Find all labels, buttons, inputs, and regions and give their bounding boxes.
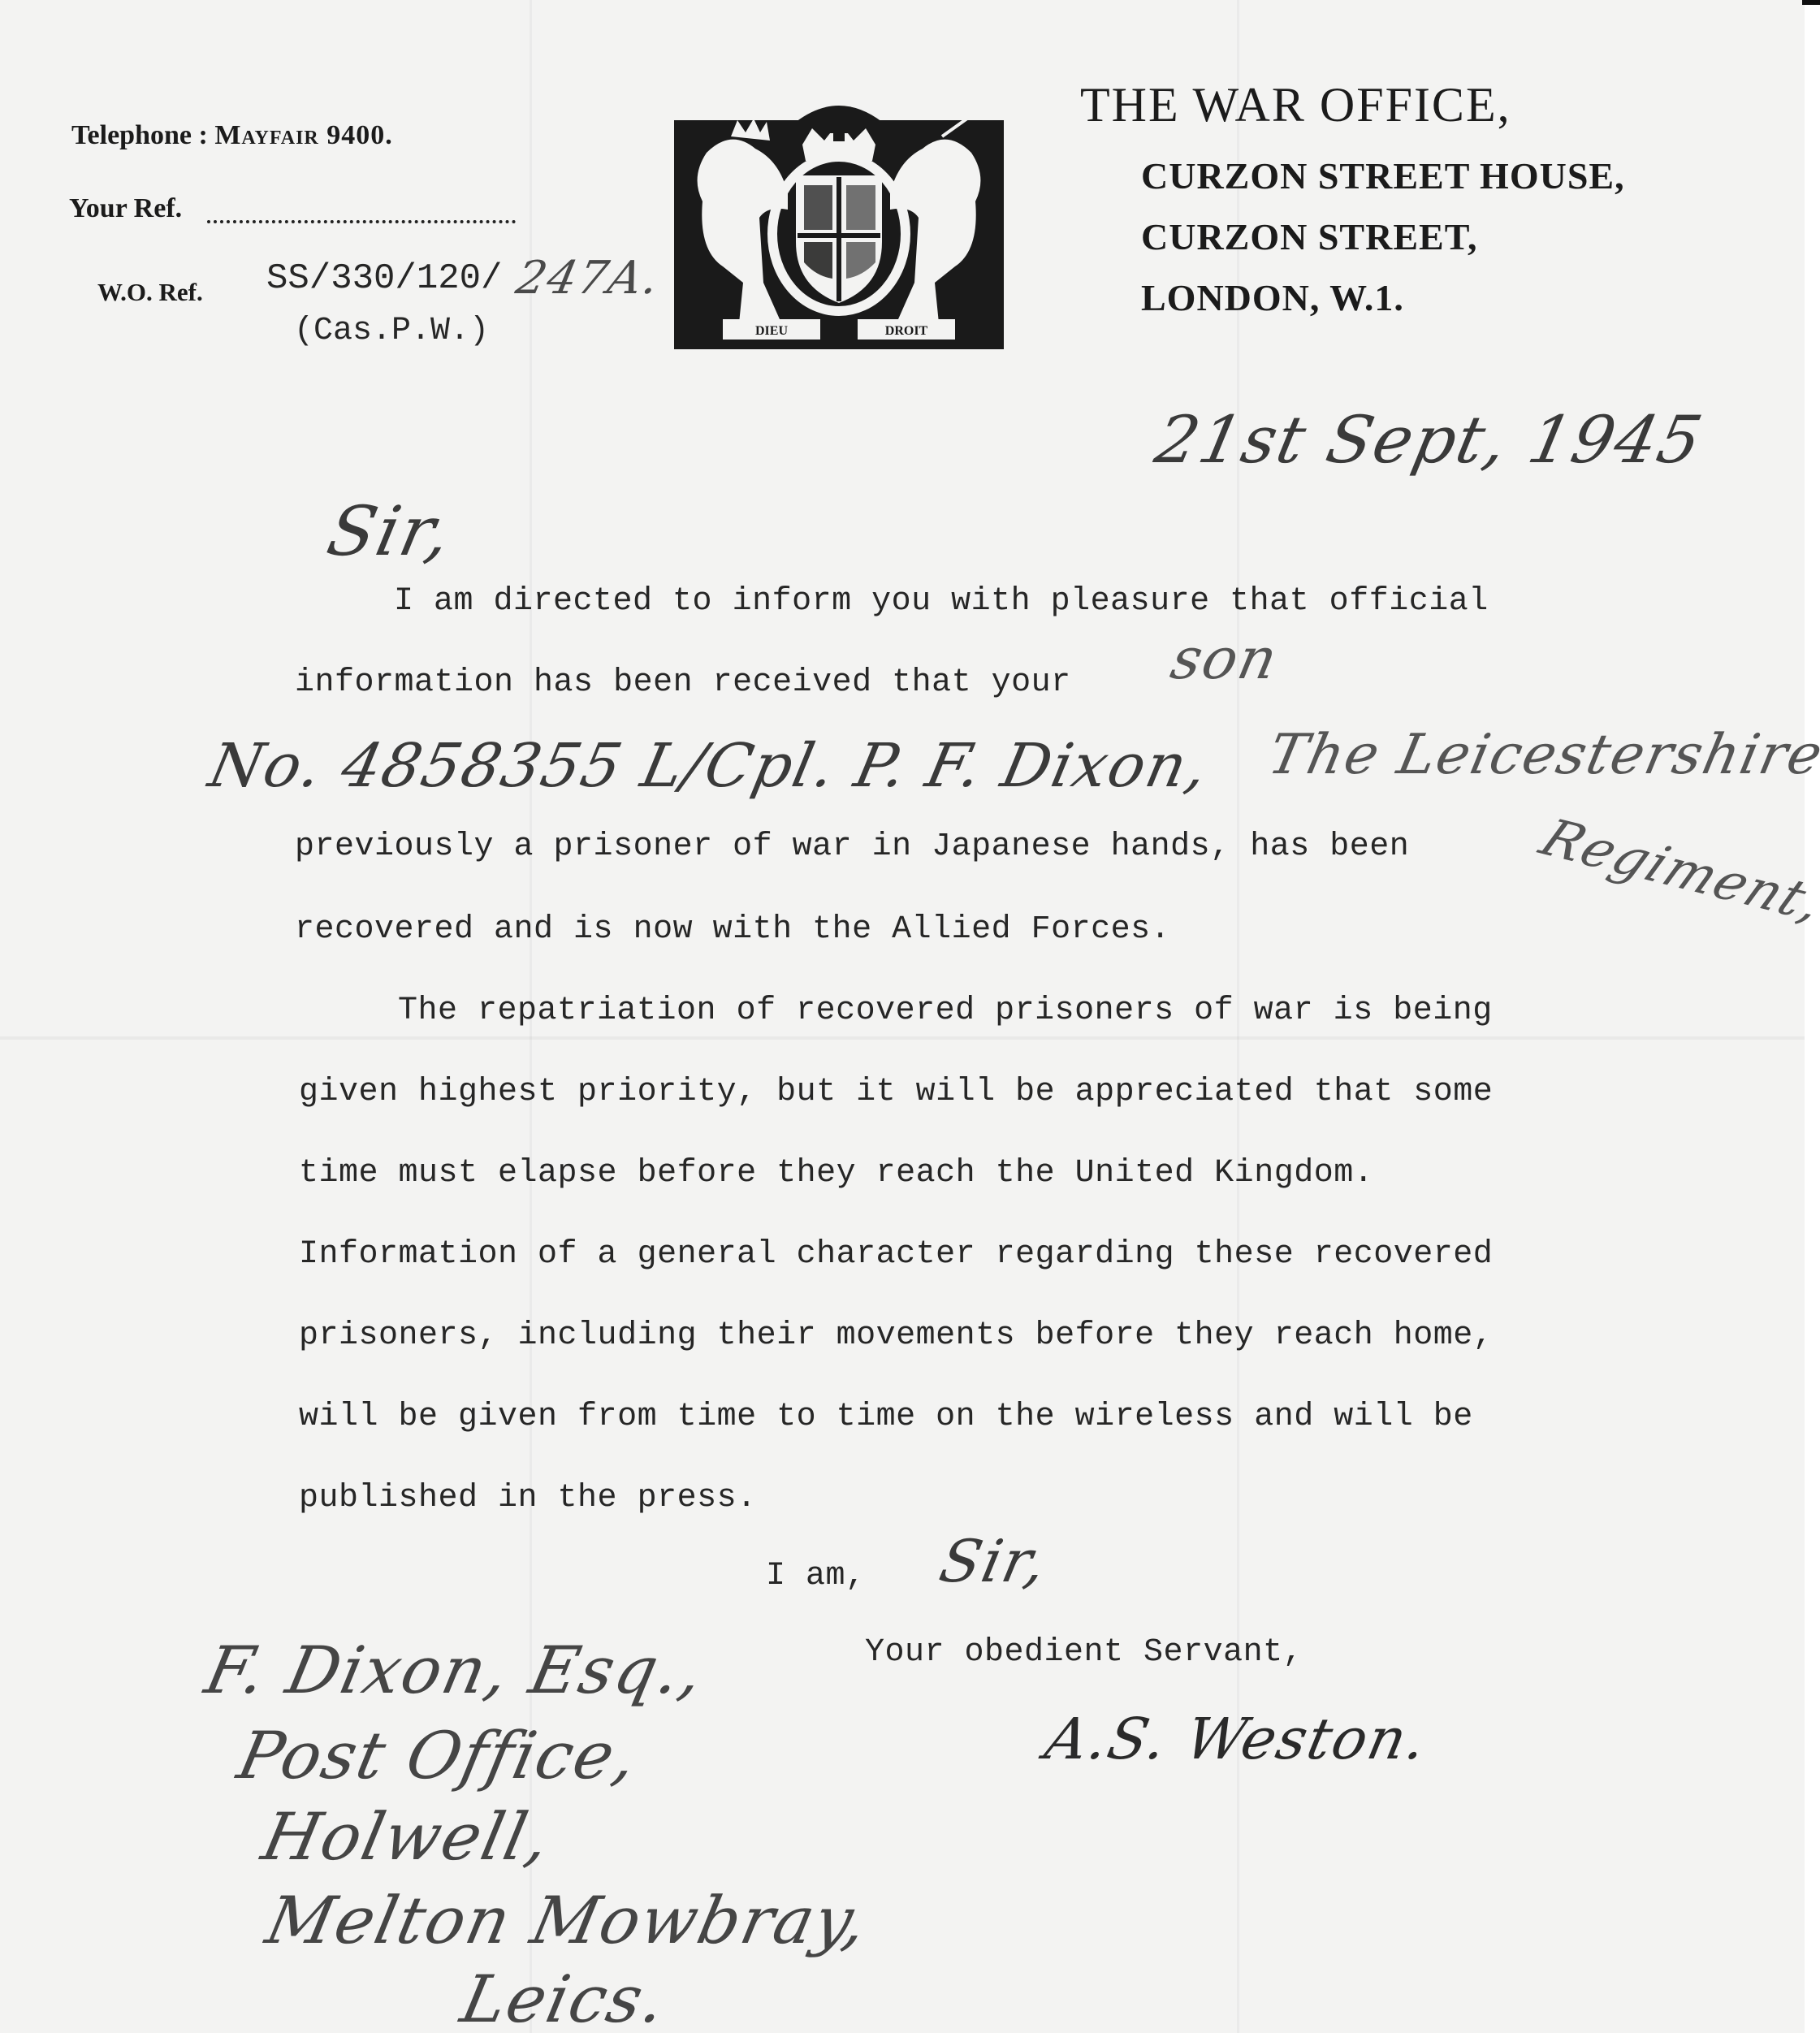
svg-text:DIEU: DIEU [755, 324, 788, 338]
your-ref-blank-line [207, 220, 516, 223]
body-p1-line1: I am directed to inform you with pleasur… [394, 583, 1489, 620]
wo-ref-handwritten: 247A. [512, 252, 665, 305]
addressee-line-5: Leics. [455, 1962, 673, 2033]
body-p1-line3: previously a prisoner of war in Japanese… [295, 828, 1409, 865]
date-handwritten: 21st Sept, 1945 [1149, 402, 1710, 478]
closing-i-am: I am, [766, 1558, 866, 1594]
wo-ref-label: W.O. Ref. [97, 278, 203, 307]
body-p2-line4: Information of a general character regar… [299, 1236, 1493, 1273]
relation-handwritten: son [1165, 625, 1285, 692]
wo-ref-typed: SS/330/120/ [266, 258, 502, 299]
salutation-handwritten: Sir, [321, 491, 460, 571]
address-line-2: CURZON STREET, [1141, 215, 1477, 258]
body-p1-line4: recovered and is now with the Allied For… [295, 911, 1170, 948]
address-line-1: CURZON STREET HOUSE, [1141, 154, 1625, 197]
body-p2-line2: given highest priority, but it will be a… [299, 1074, 1493, 1110]
addressee-line-3: Holwell, [256, 1799, 558, 1875]
closing-sir-handwritten: Sir, [934, 1527, 1054, 1595]
body-p2-line7: published in the press. [299, 1480, 757, 1516]
scan-edge [1802, 0, 1820, 5]
closing-servant: Your obedient Servant, [865, 1634, 1303, 1671]
your-ref-label: Your Ref. [69, 193, 182, 224]
signature: A.S. Weston. [1040, 1706, 1433, 1772]
royal-coat-of-arms-icon: DIEU DROIT [674, 104, 1004, 349]
telephone-value: Mayfair 9400. [214, 120, 392, 150]
telephone-label: Telephone : [71, 120, 208, 150]
addressee-line-4: Melton Mowbray, [260, 1883, 875, 1958]
addressee-line-2: Post Office, [231, 1718, 645, 1793]
body-p1-line2: information has been received that your [295, 664, 1071, 701]
regiment-handwritten-line1: The Leicestershire [1263, 723, 1820, 787]
body-p2-line5: prisoners, including their movements bef… [299, 1317, 1493, 1354]
addressee-line-1: F. Dixon, Esq., [199, 1633, 711, 1708]
svg-text:DROIT: DROIT [885, 324, 928, 338]
body-p2-line1: The repatriation of recovered prisoners … [398, 993, 1493, 1029]
body-p2-line3: time must elapse before they reach the U… [299, 1155, 1373, 1192]
soldier-handwritten: No. 4858355 L/Cpl. P. F. Dixon, [203, 731, 1215, 801]
body-p2-line6: will be given from time to time on the w… [299, 1399, 1473, 1435]
address-line-3: LONDON, W.1. [1141, 276, 1404, 319]
telephone-line: Telephone : Mayfair 9400. [71, 120, 393, 151]
wo-ref-sub: (Cas.P.W.) [294, 313, 489, 349]
office-title: THE WAR OFFICE, [1080, 77, 1511, 133]
